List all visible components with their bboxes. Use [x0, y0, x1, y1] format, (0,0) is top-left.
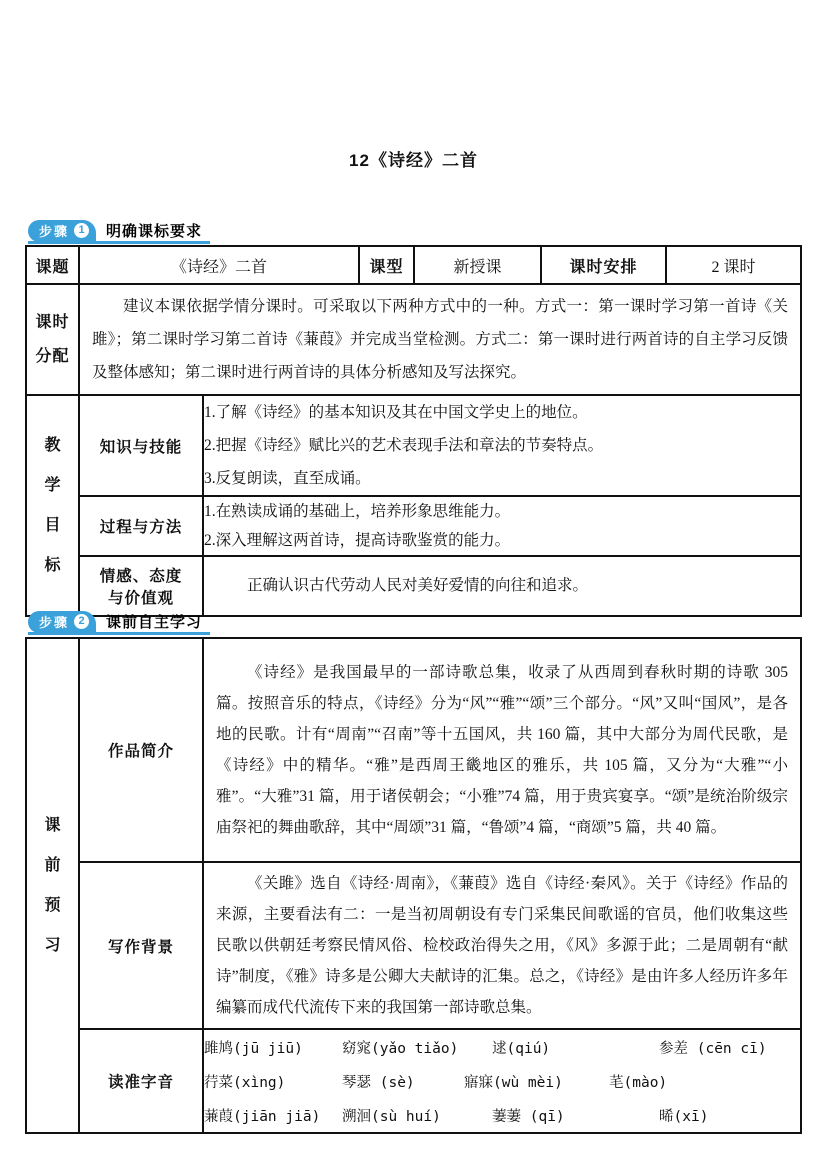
pronounce-item: 萋萋 (qī) [492, 1105, 659, 1126]
table-row-background: 写作背景 《关雎》选自《诗经·周南》，《蒹葭》选自《诗经·秦风》。关于《诗经》作… [26, 862, 801, 1029]
cell-kexing-value: 新授课 [414, 246, 541, 284]
table-row-knowledge: 教 学 目 标 知识与技能 1.了解《诗经》的基本知识及其在中国文学史上的地位。… [26, 395, 801, 496]
cell-emotion-label: 情感、态度 与价值观 [79, 556, 203, 616]
pronounce-item: 寤寐(wù mèi) [464, 1071, 609, 1092]
cell-process-items: 1.在熟读成诵的基础上，培养形象思维能力。 2.深入理解这两首诗，提高诗歌鉴赏的… [203, 496, 801, 556]
cell-intro-label: 作品简介 [79, 638, 203, 862]
step2-pill: 步骤 2 [28, 611, 96, 633]
step1-underline [28, 241, 210, 244]
keshi-paragraph: 建议本课依据学情分课时。可采取以下两种方式中的一种。方式一：第一课时学习第一首诗… [80, 285, 800, 394]
pronounce-item: 逑(qiú) [492, 1037, 659, 1058]
table-row-emotion: 情感、态度 与价值观 正确认识古代劳动人民对美好爱情的向往和追求。 [26, 556, 801, 616]
knowledge-item: 2.把握《诗经》赋比兴的艺术表现手法和章法的节奏特点。 [204, 429, 800, 462]
step1-badge: 步骤 1 明确课标要求 [28, 219, 202, 242]
intro-paragraph: 《诗经》是我国最早的一部诗歌总集，收录了从西周到春秋时期的诗歌 305 篇。按照… [204, 652, 800, 848]
goals-char: 标 [27, 546, 78, 586]
goals-char: 目 [27, 506, 78, 546]
table-row-pronounce: 读准字音 雎鸠(jū jiū) 窈窕(yǎo tiǎo) 逑(qiú) 参差 (… [26, 1029, 801, 1133]
pronounce-item: 蒹葭(jiān jiā) [204, 1105, 342, 1126]
pronounce-item: 芼(mào) [609, 1071, 667, 1092]
step1-number-icon: 1 [74, 223, 89, 238]
preview-char: 前 [27, 846, 78, 886]
pronounce-item: 参差 (cēn cī) [659, 1037, 767, 1058]
table-row-intro: 课 前 预 习 作品简介 《诗经》是我国最早的一部诗歌总集，收录了从西周到春秋时… [26, 638, 801, 862]
step2-word: 步骤 [39, 612, 69, 631]
keshi-label-line2: 分配 [27, 340, 78, 374]
pronounce-item: 溯洄(sù huí) [342, 1105, 492, 1126]
preview-char: 预 [27, 886, 78, 926]
knowledge-item: 1.了解《诗经》的基本知识及其在中国文学史上的地位。 [204, 396, 800, 429]
pronounce-item: 琴瑟 (sè) [342, 1071, 464, 1092]
cell-keti-value: 《诗经》二首 [79, 246, 359, 284]
cell-keshi-text: 建议本课依据学情分课时。可采取以下两种方式中的一种。方式一：第一课时学习第一首诗… [79, 284, 801, 395]
knowledge-item: 3.反复朗读，直至成诵。 [204, 462, 800, 495]
cell-anpai-label: 课时安排 [541, 246, 666, 284]
table-row-keshi: 课时 分配 建议本课依据学情分课时。可采取以下两种方式中的一种。方式一：第一课时… [26, 284, 801, 395]
pronounce-line: 蒹葭(jiān jiā) 溯洄(sù huí) 萋萋 (qī) 晞(xī) [204, 1098, 800, 1132]
table-row-process: 过程与方法 1.在熟读成诵的基础上，培养形象思维能力。 2.深入理解这两首诗，提… [26, 496, 801, 556]
cell-kexing-label: 课型 [359, 246, 414, 284]
cell-goals-vertical-label: 教 学 目 标 [26, 395, 79, 616]
pronounce-item: 雎鸠(jū jiū) [204, 1037, 342, 1058]
step1-pill: 步骤 1 [28, 220, 96, 242]
step2-underline [28, 632, 210, 635]
preview-char: 习 [27, 926, 78, 966]
step2-number-icon: 2 [74, 614, 89, 629]
document-title: 12《诗经》二首 [0, 146, 827, 171]
cell-anpai-value: 2 课时 [666, 246, 801, 284]
document-page: 12《诗经》二首 步骤 1 明确课标要求 课题 《诗经》二首 课型 新授课 课时… [0, 0, 827, 1169]
cell-pronounce-items: 雎鸠(jū jiū) 窈窕(yǎo tiǎo) 逑(qiú) 参差 (cēn c… [203, 1029, 801, 1133]
cell-keshi-label: 课时 分配 [26, 284, 79, 395]
process-item: 2.深入理解这两首诗，提高诗歌鉴赏的能力。 [204, 526, 800, 555]
cell-keti-label: 课题 [26, 246, 79, 284]
pronounce-item: 晞(xī) [659, 1105, 708, 1126]
preview-table: 课 前 预 习 作品简介 《诗经》是我国最早的一部诗歌总集，收录了从西周到春秋时… [25, 637, 802, 1134]
pronounce-line: 荇菜(xìng) 琴瑟 (sè) 寤寐(wù mèi) 芼(mào) [204, 1064, 800, 1098]
cell-background-text: 《关雎》选自《诗经·周南》，《蒹葭》选自《诗经·秦风》。关于《诗经》作品的来源，… [203, 862, 801, 1029]
pronounce-item: 窈窕(yǎo tiǎo) [342, 1037, 492, 1058]
pronounce-line: 雎鸠(jū jiū) 窈窕(yǎo tiǎo) 逑(qiú) 参差 (cēn c… [204, 1030, 800, 1064]
goals-char: 教 [27, 426, 78, 466]
emotion-label-line2: 与价值观 [80, 586, 202, 608]
preview-char: 课 [27, 806, 78, 846]
step2-badge: 步骤 2 课前自主学习 [28, 610, 202, 633]
lesson-info-table: 课题 《诗经》二首 课型 新授课 课时安排 2 课时 课时 分配 建议本课依据学… [25, 245, 802, 617]
emotion-label-line1: 情感、态度 [80, 564, 202, 586]
cell-knowledge-label: 知识与技能 [79, 395, 203, 496]
cell-emotion-text: 正确认识古代劳动人民对美好爱情的向往和追求。 [203, 556, 801, 616]
keshi-label-line1: 课时 [27, 306, 78, 340]
table-row-header: 课题 《诗经》二首 课型 新授课 课时安排 2 课时 [26, 246, 801, 284]
cell-intro-text: 《诗经》是我国最早的一部诗歌总集，收录了从西周到春秋时期的诗歌 305 篇。按照… [203, 638, 801, 862]
step1-title: 明确课标要求 [106, 220, 202, 241]
pronounce-item: 荇菜(xìng) [204, 1071, 342, 1092]
cell-pronounce-label: 读准字音 [79, 1029, 203, 1133]
step1-word: 步骤 [39, 221, 69, 240]
cell-background-label: 写作背景 [79, 862, 203, 1029]
step2-title: 课前自主学习 [106, 611, 202, 632]
process-item: 1.在熟读成诵的基础上，培养形象思维能力。 [204, 497, 800, 526]
goals-char: 学 [27, 466, 78, 506]
background-paragraph: 《关雎》选自《诗经·周南》，《蒹葭》选自《诗经·秦风》。关于《诗经》作品的来源，… [204, 863, 800, 1028]
cell-knowledge-items: 1.了解《诗经》的基本知识及其在中国文学史上的地位。 2.把握《诗经》赋比兴的艺… [203, 395, 801, 496]
cell-process-label: 过程与方法 [79, 496, 203, 556]
emotion-paragraph: 正确认识古代劳动人民对美好爱情的向往和追求。 [204, 573, 800, 599]
cell-preview-vertical-label: 课 前 预 习 [26, 638, 79, 1133]
